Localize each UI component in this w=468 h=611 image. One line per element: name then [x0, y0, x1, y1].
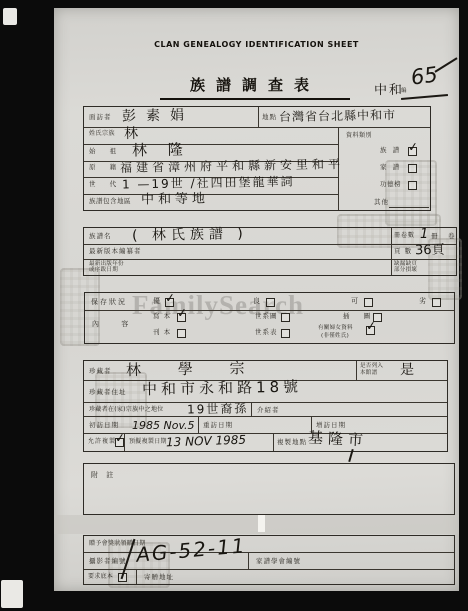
condition-label: 保存狀況 [91, 299, 127, 306]
copy-date-value: 13 NOV 1985 [166, 434, 246, 449]
volumes-value: 1 [420, 228, 428, 241]
interviewer-label: 面訪者 [89, 114, 112, 121]
condition-table: 保存狀況 優 ✓ 良 ✓ 可 ✓ 劣 ✓ 內 容 寫 本 ✓ 世系圖 ✓ 插 圖… [84, 292, 455, 344]
region-value: 中和等地 [141, 192, 209, 206]
holder-address-value: 中和市永和路18號 [142, 380, 302, 398]
first-ancestor-label: 始 祖 [89, 148, 122, 155]
holder-name-value: 林 學 宗 [126, 361, 261, 378]
copy-date-label: 預擬複製日期 [129, 439, 167, 445]
admin-table: 贈予會獎狀領贈日期 攝影者編號 家譜學會編號 要求底本 ✓ 寄贈地址 AG-52… [83, 535, 455, 585]
origin-label: 原 籍 [89, 164, 122, 171]
divider-line [248, 552, 249, 569]
category-item-zupu-checkbox: ✓ [408, 147, 417, 156]
interviewer-value: 彭素娟 [122, 108, 194, 123]
generations-label: 世 代 [89, 181, 122, 188]
copy-place-label: 複製地點 [277, 439, 307, 446]
scan-artifact-bottom-left [1, 580, 23, 608]
editor-label: 最新版本編纂者 [89, 248, 142, 255]
check-mark: ✓ [365, 319, 376, 334]
category-item-gongdebang-checkbox: ✓ [408, 181, 417, 190]
condition-good-checkbox: ✓ [266, 298, 275, 307]
divider-line [124, 433, 125, 451]
pages-value: 36頁 [415, 244, 445, 258]
divider-line [251, 402, 252, 416]
request-copy-label: 要求底本 [88, 574, 113, 580]
corner-number-handwritten: 65 [410, 64, 439, 89]
added-visit-label: 增訪日期 [316, 422, 346, 429]
notes-label: 附 註 [91, 472, 116, 479]
first-visit-label: 初訪日期 [89, 422, 119, 429]
damage-label-line2: 部分損壞 [394, 268, 417, 274]
first-ancestor-value: 林 隆 [132, 142, 191, 158]
introducer-label: 介紹者 [257, 407, 280, 414]
first-visit-value: 1985 Nov.5 [132, 420, 195, 431]
pub-year-label-line2: 或序跋日期 [89, 268, 118, 274]
content-lineage-table-checkbox: ✓ [281, 329, 290, 338]
volumes-unit-juan: 卷 [448, 233, 456, 240]
generations-value: 1 —19世 /社四田堡龍華詞 [122, 175, 295, 190]
category-other-label: 其他 [374, 199, 389, 206]
form-header-english: CLAN GENEALOGY IDENTIFICATION SHEET [54, 40, 459, 49]
content-lineage-chart-checkbox: ✓ [281, 313, 290, 322]
notes-box: 附 註 [83, 463, 455, 515]
copy-permit-checkbox: ✓ [115, 438, 124, 447]
region-label: 族譜包含地區 [89, 198, 131, 205]
condition-fair-label: 可 [351, 298, 359, 305]
divider-line [198, 416, 199, 433]
condition-good-label: 良 [253, 298, 261, 305]
form-title: 族譜調查表 [160, 74, 350, 100]
divider-line [84, 433, 447, 434]
listed-label-line2: 本館譜 [360, 371, 377, 377]
listed-label-line1: 是否列入 [360, 364, 383, 370]
genealogy-title-label: 族譜名 [89, 233, 112, 240]
divider-line [84, 259, 456, 260]
divider-line [84, 144, 338, 145]
holder-position-value: 19世裔孫 [187, 402, 248, 415]
holder-position-label: 珍藏者在(家)宗族中之地位 [89, 407, 164, 413]
origin-value: 福建省漳州府平和縣新安里和平 [120, 158, 344, 174]
divider-line [85, 310, 454, 311]
volume-info-table: 族譜名 ( 林氏族譜 ) 冊卷數 1 冊 卷 最新版本編纂者 頁 數 36頁 最… [83, 227, 457, 276]
condition-excellent-checkbox: ✓ [165, 298, 174, 307]
condition-fair-checkbox: ✓ [364, 298, 373, 307]
content-label: 內 容 [92, 321, 138, 328]
revisit-label: 重訪日期 [203, 422, 233, 429]
divider-line [356, 361, 357, 380]
content-manuscript-checkbox: ✓ [177, 313, 186, 322]
listed-value: 是 [400, 363, 414, 377]
category-item-zupu-label: 族 譜 [380, 147, 401, 154]
corner-place-handwritten: 中和 [374, 84, 404, 98]
divider-line [136, 569, 137, 584]
scan-seam-notch [258, 515, 265, 532]
condition-poor-label: 劣 [419, 298, 427, 305]
category-item-gongdebang-label: 功德榜 [380, 181, 401, 188]
content-manuscript-label: 寫 本 [153, 313, 171, 320]
volumes-unit-ce: 冊 [431, 233, 439, 240]
location-value: 台灣省台北縣中和市 [279, 109, 396, 123]
holder-table: 珍藏者 林 學 宗 是否列入 本館譜 是 珍藏者住址 中和市永和路18號 珍藏者… [83, 360, 448, 452]
copy-place-value: 基隆市 [308, 430, 369, 448]
photographer-value: AG-52-11 [135, 535, 247, 565]
content-women-info-checkbox: ✓ [366, 326, 375, 335]
category-label: 資料類別 [346, 133, 372, 139]
volumes-label: 冊卷數 [394, 233, 415, 239]
survey-info-table: 面訪者 彭素娟 地點 台灣省台北縣中和市 姓氏宗族 林 始 祖 林 隆 原 籍 … [83, 106, 431, 211]
photographer-label: 攝影者編號 [89, 558, 127, 565]
copy-permit-label: 允許複製 [88, 439, 116, 445]
divider-line [84, 416, 447, 417]
category-item-jiapu-label: 家 譜 [380, 164, 401, 171]
category-item-jiapu-checkbox: ✓ [408, 164, 417, 173]
check-mark: ✓ [176, 306, 187, 321]
pages-label: 頁 數 [394, 248, 412, 255]
content-women-info-sublabel: (非僅姓氏) [321, 334, 349, 340]
clan-surname-value: 林 [124, 127, 138, 141]
divider-line [84, 569, 454, 570]
content-women-info-label: 有關婦女資料 [318, 326, 353, 332]
scan-artifact-top-left [3, 8, 17, 25]
condition-poor-checkbox: ✓ [432, 298, 441, 307]
divider-line [84, 402, 447, 403]
content-lineage-chart-label: 世系圖 [255, 313, 278, 320]
genealogy-title-value: ( 林氏族譜 ) [132, 227, 248, 243]
holder-address-label: 珍藏者住址 [89, 389, 127, 396]
check-mark: ✓ [164, 291, 175, 306]
content-printed-checkbox: ✓ [177, 329, 186, 338]
content-printed-label: 刊 本 [153, 329, 171, 336]
scanned-genealogy-sheet: FamilySearch CLAN GENEALOGY IDENTIFICATI… [0, 0, 468, 611]
divider-line [258, 107, 259, 127]
clan-surname-label: 姓氏宗族 [89, 131, 115, 137]
location-label: 地點 [262, 114, 277, 121]
divider-line [84, 194, 338, 195]
check-mark: ✓ [407, 140, 418, 155]
fill-in-line [389, 207, 429, 208]
divider-line [273, 433, 274, 451]
divider-line [391, 228, 392, 275]
condition-excellent-label: 優 [153, 298, 161, 305]
content-lineage-table-label: 世系表 [255, 329, 278, 336]
mailing-label: 寄贈地址 [144, 574, 174, 581]
divider-line [84, 244, 456, 245]
scan-seam-band [54, 515, 459, 534]
holder-name-label: 珍藏者 [89, 368, 112, 375]
society-label: 家譜學會編號 [256, 558, 301, 565]
corner-number-prefix: 編 [401, 89, 407, 95]
